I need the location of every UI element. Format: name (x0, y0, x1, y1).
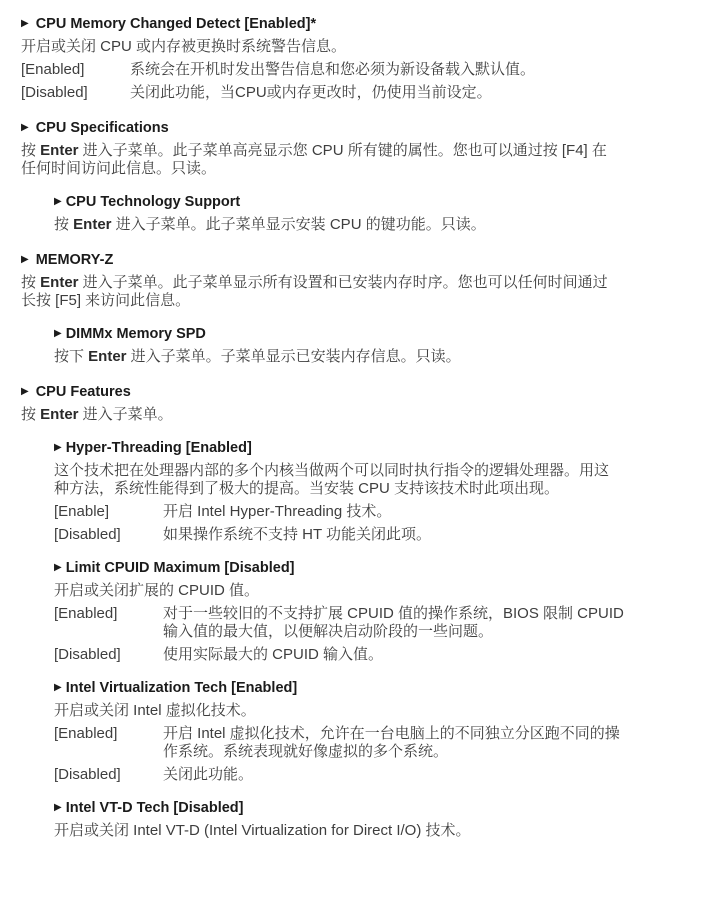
manual-page: ▶CPU Memory Changed Detect [Enabled]*开启或… (0, 0, 705, 907)
subsection-heading: ▶Intel VT-D Tech [Disabled] (54, 799, 691, 817)
description-line: 开启 Intel Hyper-Threading 技术。 (163, 503, 691, 521)
right-triangle-bullet-icon: ▶ (54, 799, 62, 817)
option-description: 关闭此功能。 (163, 766, 691, 784)
paragraph: 开启或关闭 Intel VT-D (Intel Virtualization f… (54, 822, 691, 840)
text-segment: 按 (54, 216, 73, 233)
paragraph: 按 Enter 进入子菜单。 (21, 406, 691, 424)
description-line: 关闭此功能，当CPU或内存更改时，仍使用当前设定。 (130, 84, 691, 102)
paragraph-line: 任何时间访问此信息。只读。 (21, 160, 691, 178)
section-heading: ▶CPU Memory Changed Detect [Enabled]* (21, 15, 691, 33)
heading-label: DIMMx Memory SPD (66, 325, 206, 343)
paragraph-line: 种方法，系统性能得到了极大的提高。当安装 CPU 支持该技术时此项出现。 (54, 480, 691, 498)
paragraph-line: 开启或关闭 Intel 虚拟化技术。 (54, 702, 691, 720)
paragraph-line: 按下 Enter 进入子菜单。子菜单显示已安装内存信息。只读。 (54, 348, 691, 366)
option-row: [Enable]开启 Intel Hyper-Threading 技术。 (54, 503, 691, 521)
right-triangle-bullet-icon: ▶ (54, 679, 62, 697)
option-row: [Enabled]对于一些较旧的不支持扩展 CPUID 值的操作系统，BIOS … (54, 605, 691, 641)
option-label: [Disabled] (54, 766, 163, 784)
right-triangle-bullet-icon: ▶ (21, 383, 29, 401)
text-segment: 关闭此功能，当CPU或内存更改时，仍使用当前设定。 (130, 84, 492, 101)
bold-text: Enter (88, 348, 126, 365)
heading-label: MEMORY-Z (36, 251, 114, 269)
option-label: [Enabled] (54, 605, 163, 641)
text-segment: 种方法，系统性能得到了极大的提高。当安装 CPU 支持该技术时此项出现。 (54, 480, 559, 497)
text-segment: 按下 (54, 348, 88, 365)
text-segment: 按 (21, 274, 40, 291)
right-triangle-bullet-icon: ▶ (54, 559, 62, 577)
text-segment: 进入子菜单。此子菜单显示安装 CPU 的键功能。只读。 (112, 216, 486, 233)
paragraph-line: 按 Enter 进入子菜单。此子菜单显示安装 CPU 的键功能。只读。 (54, 216, 691, 234)
option-row: [Enabled]系统会在开机时发出警告信息和您必须为新设备载入默认值。 (21, 61, 691, 79)
section-heading: ▶CPU Features (21, 383, 691, 401)
option-description: 系统会在开机时发出警告信息和您必须为新设备载入默认值。 (130, 61, 691, 79)
subsection-heading: ▶Intel Virtualization Tech [Enabled] (54, 679, 691, 697)
text-segment: 进入子菜单。此子菜单高亮显示您 CPU 所有键的属性。您也可以通过按 [F4] … (79, 142, 607, 159)
text-segment: 长按 [F5] 来访问此信息。 (21, 292, 190, 309)
right-triangle-bullet-icon: ▶ (54, 439, 62, 457)
description-line: 使用实际最大的 CPUID 输入值。 (163, 646, 691, 664)
option-label: [Disabled] (54, 526, 163, 544)
text-segment: 使用实际最大的 CPUID 输入值。 (163, 646, 383, 663)
paragraph: 开启或关闭 Intel 虚拟化技术。 (54, 702, 691, 720)
text-segment: 开启或关闭 Intel 虚拟化技术。 (54, 702, 256, 719)
option-label: [Enabled] (54, 725, 163, 761)
heading-label: CPU Technology Support (66, 193, 241, 211)
bold-text: Enter (40, 274, 78, 291)
option-label: [Enabled] (21, 61, 130, 79)
paragraph: 按 Enter 进入子菜单。此子菜单显示安装 CPU 的键功能。只读。 (54, 216, 691, 234)
option-description: 如果操作系统不支持 HT 功能关闭此项。 (163, 526, 691, 544)
text-segment: 开启 Intel Hyper-Threading 技术。 (163, 503, 391, 520)
paragraph-line: 这个技术把在处理器内部的多个内核当做两个可以同时执行指令的逻辑处理器。用这 (54, 462, 691, 480)
option-label: [Disabled] (54, 646, 163, 664)
section-heading: ▶CPU Specifications (21, 119, 691, 137)
option-description: 开启 Intel 虚拟化技术，允许在一台电脑上的不同独立分区跑不同的操作系统。系… (163, 725, 691, 761)
option-description: 关闭此功能，当CPU或内存更改时，仍使用当前设定。 (130, 84, 691, 102)
paragraph: 按下 Enter 进入子菜单。子菜单显示已安装内存信息。只读。 (54, 348, 691, 366)
paragraph: 按 Enter 进入子菜单。此子菜单高亮显示您 CPU 所有键的属性。您也可以通… (21, 142, 691, 178)
text-segment: 进入子菜单。 (79, 406, 173, 423)
text-segment: 对于一些较旧的不支持扩展 CPUID 值的操作系统，BIOS 限制 CPUID (163, 605, 624, 622)
subsection-heading: ▶DIMMx Memory SPD (54, 325, 691, 343)
paragraph: 按 Enter 进入子菜单。此子菜单显示所有设置和已安装内存时序。您也可以任何时… (21, 274, 691, 310)
option-description: 开启 Intel Hyper-Threading 技术。 (163, 503, 691, 521)
section-heading: ▶MEMORY-Z (21, 251, 691, 269)
text-segment: 任何时间访问此信息。只读。 (21, 160, 216, 177)
paragraph: 开启或关闭扩展的 CPUID 值。 (54, 582, 691, 600)
heading-label: CPU Memory Changed Detect [Enabled]* (36, 15, 316, 33)
text-segment: 开启或关闭 CPU 或内存被更换时系统警告信息。 (21, 38, 346, 55)
text-segment: 开启或关闭 Intel VT-D (Intel Virtualization f… (54, 822, 471, 839)
option-row: [Disabled]使用实际最大的 CPUID 输入值。 (54, 646, 691, 664)
paragraph-line: 按 Enter 进入子菜单。此子菜单高亮显示您 CPU 所有键的属性。您也可以通… (21, 142, 691, 160)
text-segment: 按 (21, 142, 40, 159)
paragraph: 开启或关闭 CPU 或内存被更换时系统警告信息。 (21, 38, 691, 56)
description-line: 对于一些较旧的不支持扩展 CPUID 值的操作系统，BIOS 限制 CPUID (163, 605, 691, 623)
paragraph: 这个技术把在处理器内部的多个内核当做两个可以同时执行指令的逻辑处理器。用这种方法… (54, 462, 691, 498)
option-row: [Disabled]关闭此功能。 (54, 766, 691, 784)
bold-text: Enter (40, 406, 78, 423)
text-segment: 系统会在开机时发出警告信息和您必须为新设备载入默认值。 (130, 61, 535, 78)
text-segment: 关闭此功能。 (163, 766, 253, 783)
text-segment: 进入子菜单。子菜单显示已安装内存信息。只读。 (127, 348, 461, 365)
paragraph-line: 长按 [F5] 来访问此信息。 (21, 292, 691, 310)
description-line: 如果操作系统不支持 HT 功能关闭此项。 (163, 526, 691, 544)
right-triangle-bullet-icon: ▶ (21, 251, 29, 269)
text-segment: 开启 Intel 虚拟化技术，允许在一台电脑上的不同独立分区跑不同的操 (163, 725, 620, 742)
text-segment: 按 (21, 406, 40, 423)
description-line: 开启 Intel 虚拟化技术，允许在一台电脑上的不同独立分区跑不同的操 (163, 725, 691, 743)
paragraph-line: 开启或关闭扩展的 CPUID 值。 (54, 582, 691, 600)
option-row: [Enabled]开启 Intel 虚拟化技术，允许在一台电脑上的不同独立分区跑… (54, 725, 691, 761)
text-segment: 作系统。系统表现就好像虚拟的多个系统。 (163, 743, 448, 760)
right-triangle-bullet-icon: ▶ (21, 15, 29, 33)
description-line: 系统会在开机时发出警告信息和您必须为新设备载入默认值。 (130, 61, 691, 79)
heading-label: Intel Virtualization Tech [Enabled] (66, 679, 298, 697)
text-segment: 进入子菜单。此子菜单显示所有设置和已安装内存时序。您也可以任何时间通过 (79, 274, 608, 291)
right-triangle-bullet-icon: ▶ (54, 325, 62, 343)
subsection-heading: ▶CPU Technology Support (54, 193, 691, 211)
paragraph-line: 按 Enter 进入子菜单。 (21, 406, 691, 424)
heading-label: CPU Specifications (36, 119, 169, 137)
option-label: [Enable] (54, 503, 163, 521)
text-segment: 开启或关闭扩展的 CPUID 值。 (54, 582, 259, 599)
right-triangle-bullet-icon: ▶ (54, 193, 62, 211)
heading-label: Limit CPUID Maximum [Disabled] (66, 559, 295, 577)
paragraph-line: 开启或关闭 Intel VT-D (Intel Virtualization f… (54, 822, 691, 840)
option-row: [Disabled]如果操作系统不支持 HT 功能关闭此项。 (54, 526, 691, 544)
option-row: [Disabled]关闭此功能，当CPU或内存更改时，仍使用当前设定。 (21, 84, 691, 102)
description-line: 关闭此功能。 (163, 766, 691, 784)
text-segment: 这个技术把在处理器内部的多个内核当做两个可以同时执行指令的逻辑处理器。用这 (54, 462, 609, 479)
bold-text: Enter (40, 142, 78, 159)
paragraph-line: 按 Enter 进入子菜单。此子菜单显示所有设置和已安装内存时序。您也可以任何时… (21, 274, 691, 292)
description-line: 作系统。系统表现就好像虚拟的多个系统。 (163, 743, 691, 761)
heading-label: Hyper-Threading [Enabled] (66, 439, 252, 457)
text-segment: 输入值的最大值，以便解决启动阶段的一些问题。 (163, 623, 493, 640)
description-line: 输入值的最大值，以便解决启动阶段的一些问题。 (163, 623, 691, 641)
heading-label: CPU Features (36, 383, 131, 401)
right-triangle-bullet-icon: ▶ (21, 119, 29, 137)
paragraph-line: 开启或关闭 CPU 或内存被更换时系统警告信息。 (21, 38, 691, 56)
text-segment: 如果操作系统不支持 HT 功能关闭此项。 (163, 526, 431, 543)
option-label: [Disabled] (21, 84, 130, 102)
heading-label: Intel VT-D Tech [Disabled] (66, 799, 244, 817)
option-description: 对于一些较旧的不支持扩展 CPUID 值的操作系统，BIOS 限制 CPUID输… (163, 605, 691, 641)
option-description: 使用实际最大的 CPUID 输入值。 (163, 646, 691, 664)
bold-text: Enter (73, 216, 111, 233)
subsection-heading: ▶Hyper-Threading [Enabled] (54, 439, 691, 457)
subsection-heading: ▶Limit CPUID Maximum [Disabled] (54, 559, 691, 577)
